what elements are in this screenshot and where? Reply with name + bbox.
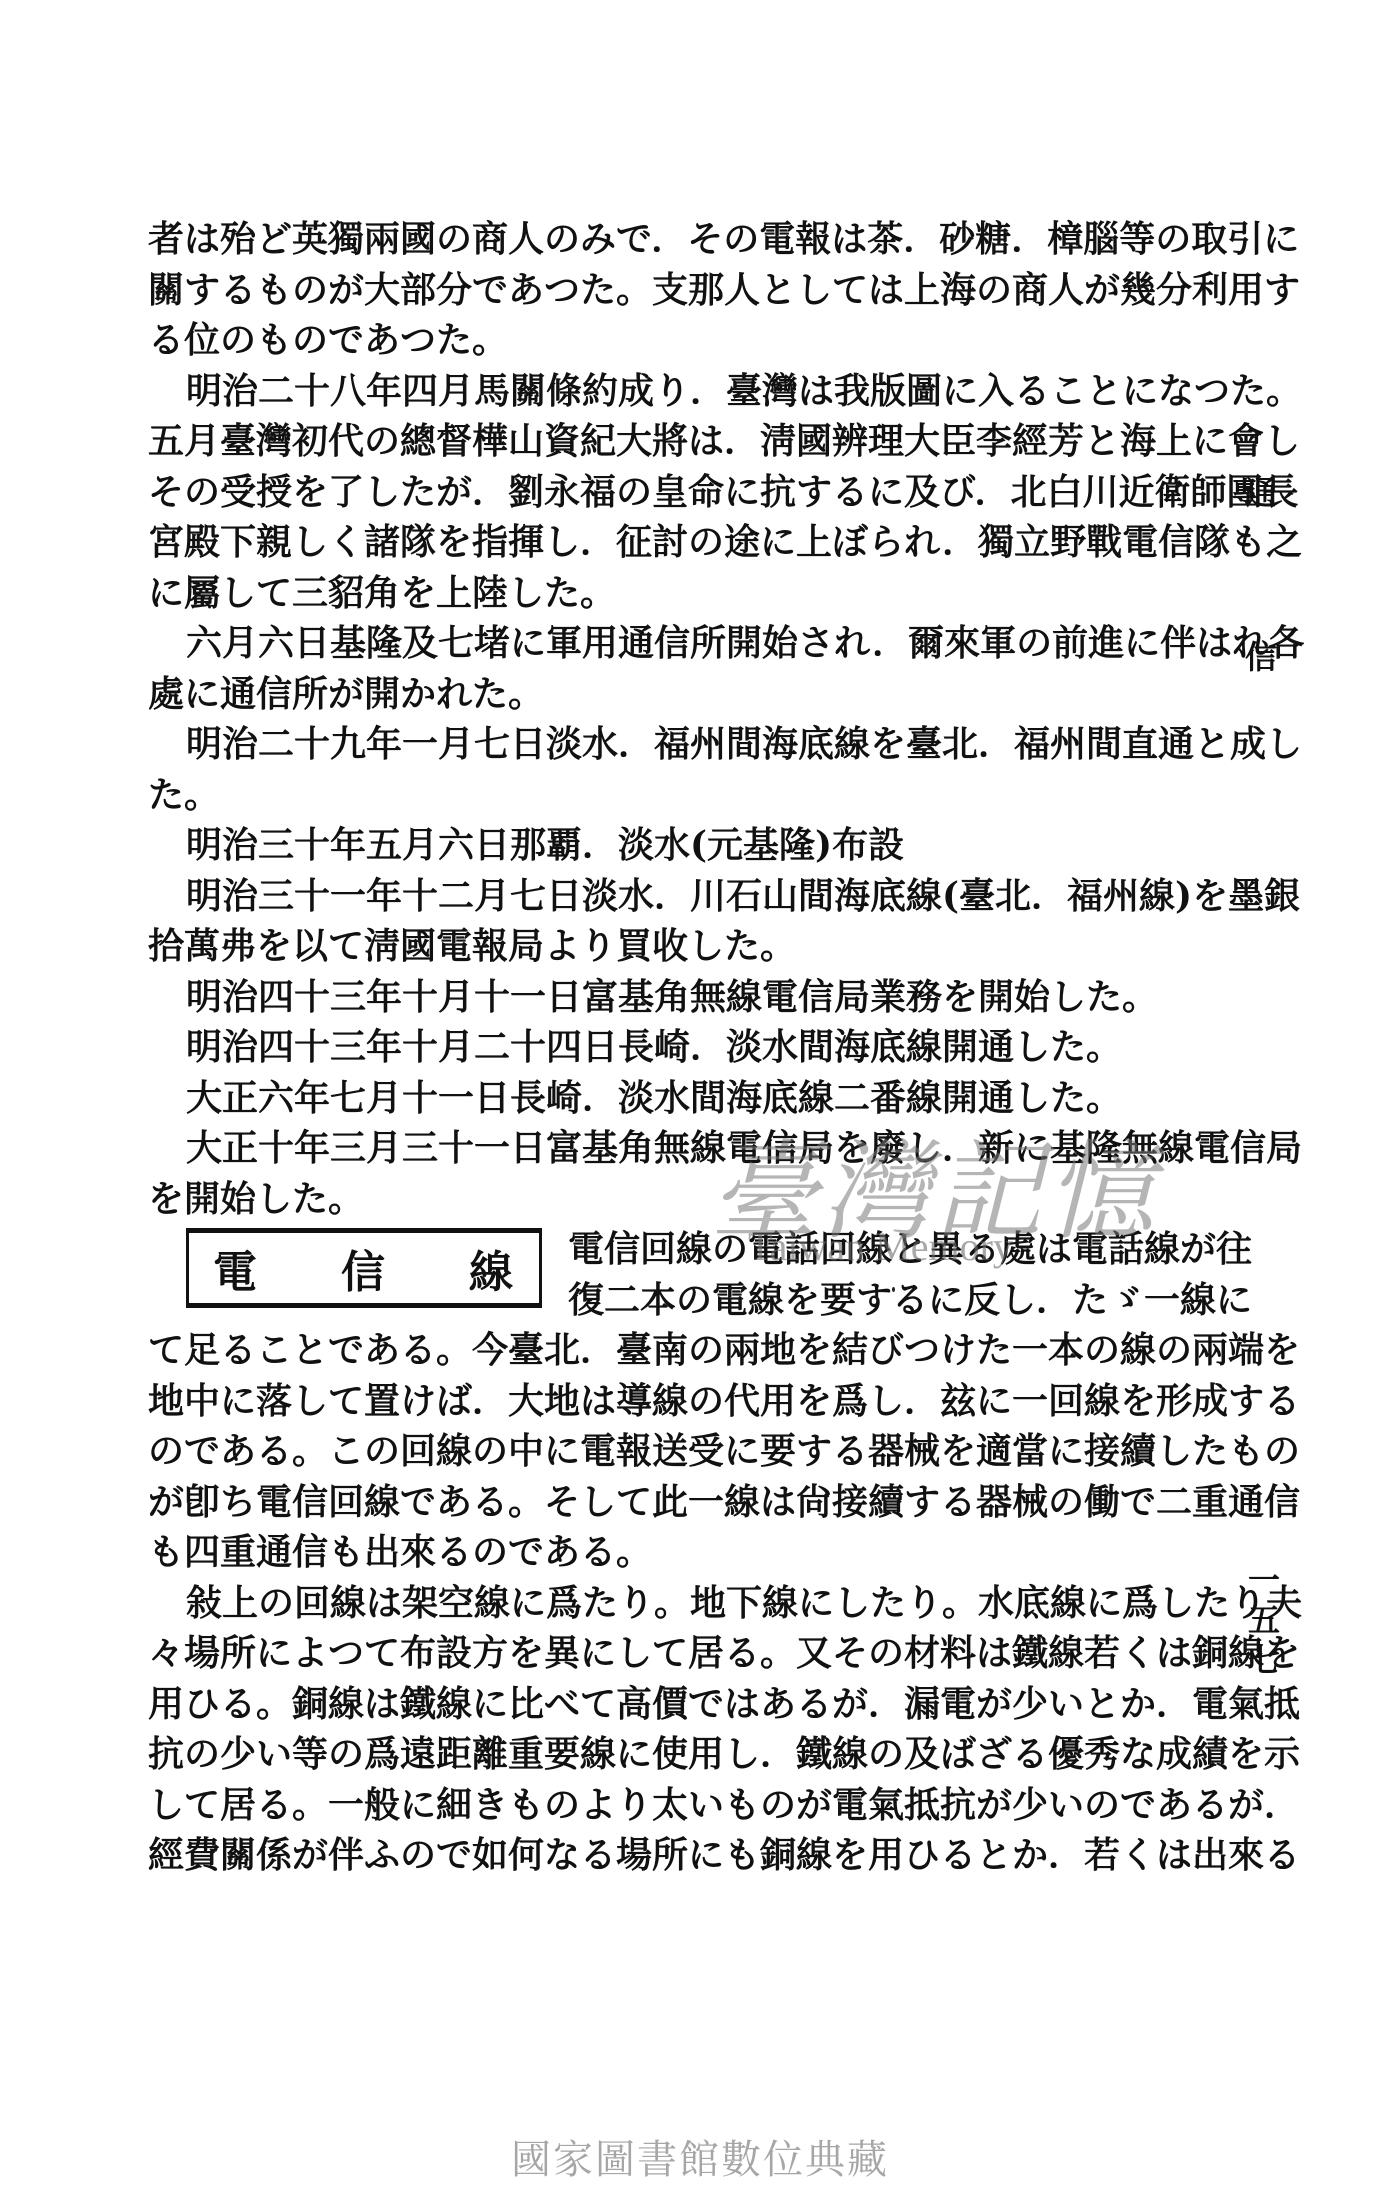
text-line: 者は殆ど英獨兩國の商人のみで．その電報は茶．砂糖．樟腦等の取引に [148,214,1200,265]
text-line: を開始した。 [148,1174,1200,1225]
scan-speck [892,1287,895,1292]
page-number: 一 五 七 [1244,1560,1284,1680]
text-line: 抗の少い等の爲遠距離重要線に使用し．鐵線の及ばざる優秀な成績を示 [148,1729,1200,1780]
text-line: る位のものであつた。 [148,315,1200,366]
heading-char: 電 [213,1236,257,1300]
book-page: 者は殆ど英獨兩國の商人のみで．その電報は茶．砂糖．樟腦等の取引に 關するものが大… [0,0,1400,2200]
text-line: 大正十年三月三十一日富基角無線電信局を廢し．新に基隆無線電信局 [148,1123,1200,1174]
text-line: て足ることである。今臺北．臺南の兩地を結びつけた一本の線の兩端を [148,1325,1200,1376]
scan-speck [462,380,466,385]
text-line: 地中に落して置けば．大地は導線の代用を爲し．玆に一回線を形成する [148,1376,1200,1427]
text-line: 宮殿下親しく諸隊を指揮し．征討の途に上ぼられ．獨立野戰電信隊も之 [148,517,1200,568]
section-heading-row: 電 信 線 電信回線の電話回線と異る處は電話線が往 復二本の電線を要するに反し．… [148,1224,1200,1325]
paragraph: 明治二十九年一月七日淡水．福州間海底線を臺北．福州間直通と成し た。 [148,719,1200,820]
paragraph: 大正六年七月十一日長崎．淡水間海底線二番線開通した。 [148,1073,1200,1124]
footer-credit: 國家圖書館數位典藏 [0,2128,1400,2185]
text-line: その受授を了したが．劉永福の皇命に抗するに及び．北白川近衛師團長 [148,467,1200,518]
page-number-char: 五 [1244,1600,1284,1640]
paragraph: 敍上の回線は架空線に爲たり。地下線にしたり。水底線に爲したり夫 々場所によつて布… [148,1578,1200,1881]
text-line: 電信回線の電話回線と異る處は電話線が往 [568,1224,1200,1275]
paragraph: 明治四十三年十月十一日富基角無線電信局業務を開始した。 [148,972,1200,1023]
text-line: 々場所によつて布設方を異にして居る。又その材料は鐵線若くは銅線を [148,1628,1200,1679]
chapter-label: 信 [1245,632,1277,678]
text-line: 經費關係が伴ふので如何なる場所にも銅線を用ひるとか．若くは出來る [148,1830,1200,1881]
text-line: 明治四十三年十月二十四日長崎．淡水間海底線開通した。 [148,1022,1200,1073]
page-number-char: 七 [1244,1640,1284,1680]
text-line: 復二本の電線を要するに反し．たゞ一線に [568,1275,1200,1326]
text-line: 六月六日基隆及七堵に軍用通信所開始され．爾來軍の前進に伴はれ各 [148,618,1200,669]
body-text: 者は殆ど英獨兩國の商人のみで．その電報は茶．砂糖．樟腦等の取引に 關するものが大… [148,214,1200,1881]
text-line: 明治四十三年十月十一日富基角無線電信局業務を開始した。 [148,972,1200,1023]
text-line: 敍上の回線は架空線に爲たり。地下線にしたり。水底線に爲したり夫 [148,1578,1200,1629]
paragraph: 明治三十一年十二月七日淡水．川石山間海底線(臺北．福州線)を墨銀 拾萬弗を以て淸… [148,871,1200,972]
text-line: も四重通信も出來るのである。 [148,1527,1200,1578]
chapter-label: 通 [1245,468,1277,514]
text-line: が卽ち電信回線である。そして此一線は尙接續する器械の働で二重通信 [148,1477,1200,1528]
paragraph: 明治三十年五月六日那覇．淡水(元基隆)布設 [148,820,1200,871]
text-line: 關するものが大部分であつた。支那人としては上海の商人が幾分利用す [148,265,1200,316]
text-line: た。 [148,770,1200,821]
text-line: 明治三十一年十二月七日淡水．川石山間海底線(臺北．福州線)を墨銀 [148,871,1200,922]
text-line: 處に通信所が開かれた。 [148,669,1200,720]
text-line: 明治二十九年一月七日淡水．福州間海底線を臺北．福州間直通と成し [148,719,1200,770]
heading-char: 線 [469,1236,513,1300]
text-line: 明治二十八年四月馬關條約成り．臺灣は我版圖に入ることになつた。 [148,366,1200,417]
text-line: 明治三十年五月六日那覇．淡水(元基隆)布設 [148,820,1200,871]
paragraph: 明治四十三年十月二十四日長崎．淡水間海底線開通した。 [148,1022,1200,1073]
section-heading-box: 電 信 線 [186,1228,542,1308]
text-line: 拾萬弗を以て淸國電報局より買收した。 [148,921,1200,972]
paragraph: 六月六日基隆及七堵に軍用通信所開始され．爾來軍の前進に伴はれ各 處に通信所が開か… [148,618,1200,719]
text-line: のである。この回線の中に電報送受に要する器械を適當に接續したもの [148,1426,1200,1477]
text-line: 大正六年七月十一日長崎．淡水間海底線二番線開通した。 [148,1073,1200,1124]
text-line: に屬して三貂角を上陸した。 [148,568,1200,619]
text-line: して居る。一般に細きものより太いものが電氣抵抗が少いのであるが． [148,1780,1200,1831]
heading-char: 信 [341,1236,385,1300]
heading-side-text: 電信回線の電話回線と異る處は電話線が往 復二本の電線を要するに反し．たゞ一線に [568,1224,1200,1325]
paragraph: 者は殆ど英獨兩國の商人のみで．その電報は茶．砂糖．樟腦等の取引に 關するものが大… [148,214,1200,366]
text-line: 五月臺灣初代の總督樺山資紀大將は．淸國辨理大臣李經芳と海上に會し [148,416,1200,467]
text-line: 用ひる。銅線は鐵線に比べて高價ではあるが．漏電が少いとか．電氣抵 [148,1679,1200,1730]
paragraph: 大正十年三月三十一日富基角無線電信局を廢し．新に基隆無線電信局 を開始した。 [148,1123,1200,1224]
page-number-char: 一 [1244,1560,1284,1600]
paragraph: 明治二十八年四月馬關條約成り．臺灣は我版圖に入ることになつた。 五月臺灣初代の總… [148,366,1200,619]
paragraph: て足ることである。今臺北．臺南の兩地を結びつけた一本の線の兩端を 地中に落して置… [148,1325,1200,1578]
